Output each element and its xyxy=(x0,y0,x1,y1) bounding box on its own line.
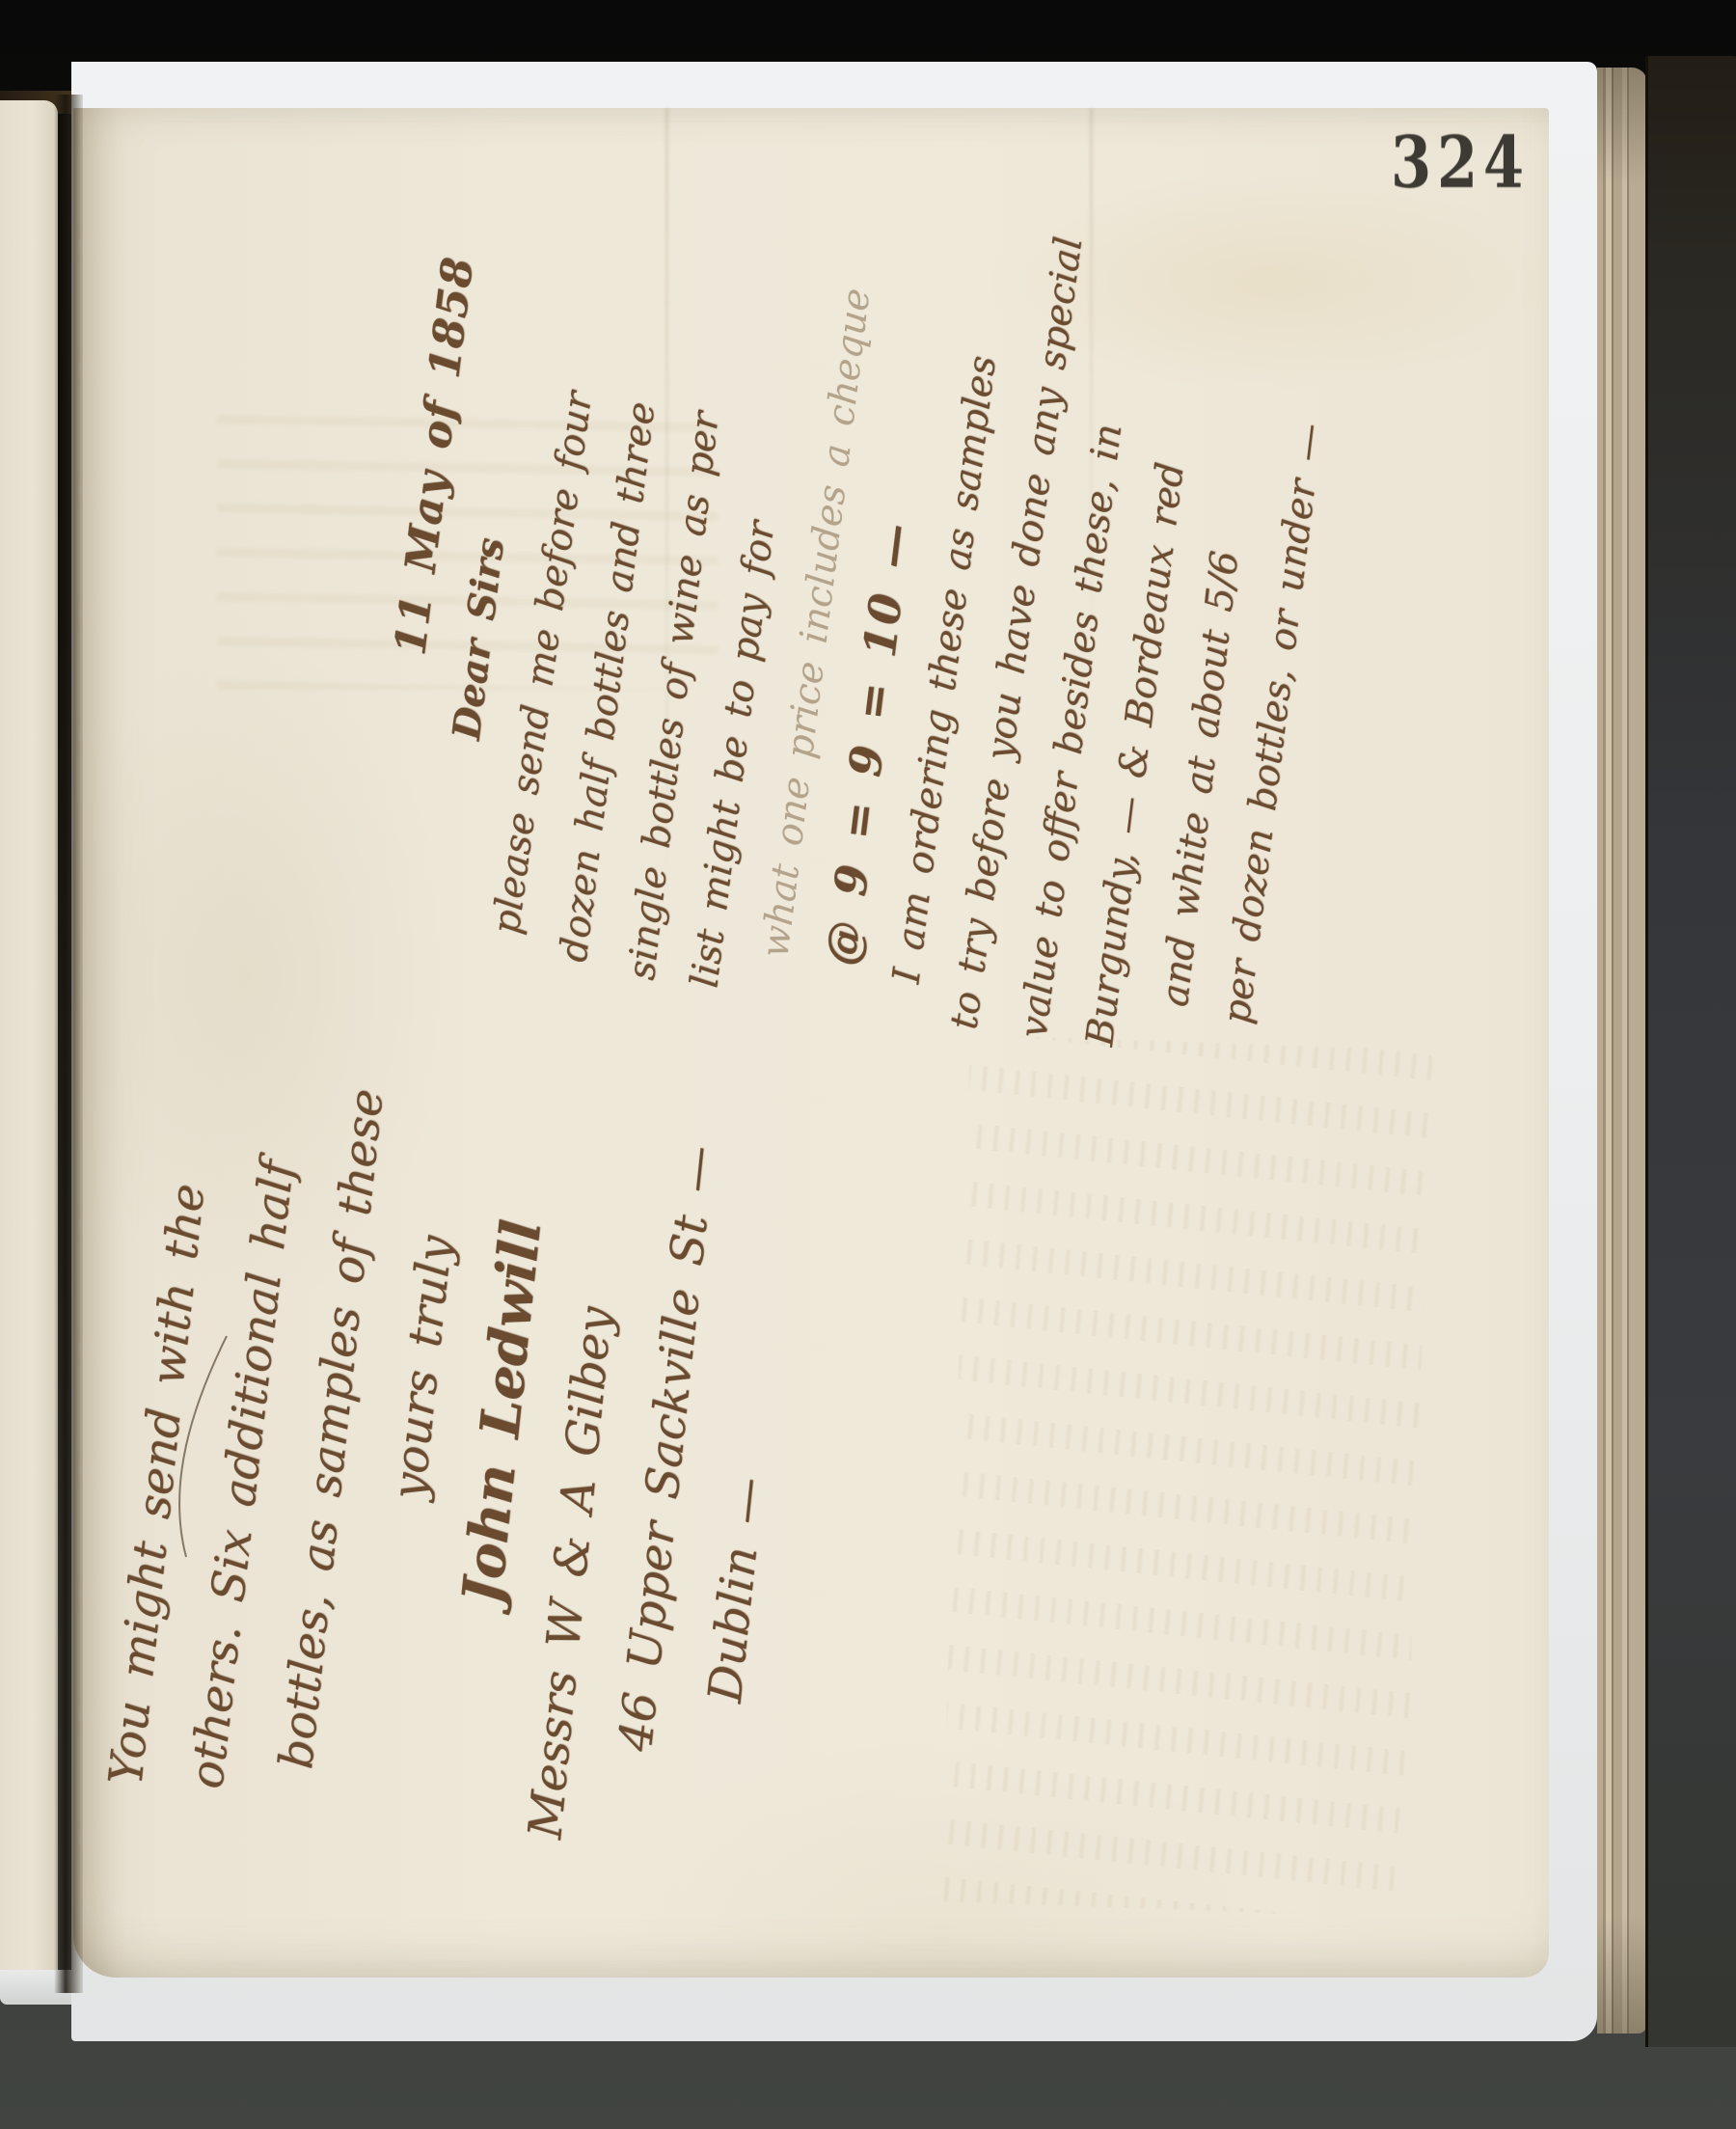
letter-body-block: 11 May of 1858Dear Sirsplease send me be… xyxy=(339,234,1352,1080)
photograph-of-manuscript: { "page": { "folio": "324" }, "letter": … xyxy=(0,0,1736,2129)
gutter-shadow xyxy=(54,95,83,1993)
book-cover-right xyxy=(1645,56,1736,2047)
left-page-edge xyxy=(0,100,58,1972)
folio-number-stamp: 324 xyxy=(1391,122,1533,208)
stray-pen-line xyxy=(159,1331,246,1563)
page-block-fore-edge xyxy=(1597,68,1647,2033)
ink-show-through-marks xyxy=(939,1034,1432,1918)
